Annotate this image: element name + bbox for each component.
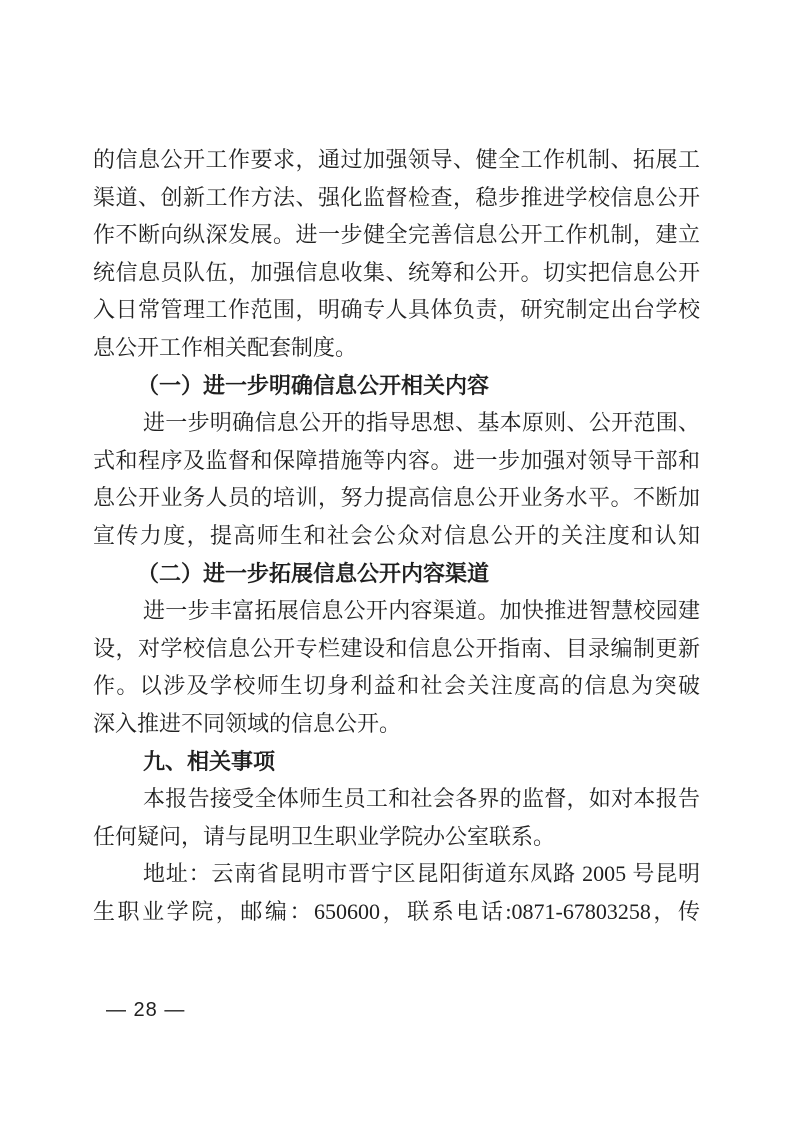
text-line: 作不断向纵深发展。进一步健全完善信息公开工作机制，建立系 <box>93 216 700 254</box>
text-line: 深入推进不同领域的信息公开。 <box>93 705 700 743</box>
text-line: 息公开业务人员的培训，努力提高信息公开业务水平。不断加大 <box>93 479 700 517</box>
text-line: 生职业学院，邮编：650600，联系电话:0871-67803258，传真： <box>93 893 700 931</box>
page-number: — 28 — <box>106 996 185 1024</box>
text-line: 宣传力度，提高师生和社会公众对信息公开的关注度和认知度。 <box>93 517 700 555</box>
text-line: 息公开工作相关配套制度。 <box>93 329 700 367</box>
text-line: 渠道、创新工作方法、强化监督检查，稳步推进学校信息公开工 <box>93 179 700 217</box>
text-line: 本报告接受全体师生员工和社会各界的监督，如对本报告有 <box>93 780 700 818</box>
text-line: 作。以涉及学校师生切身利益和社会关注度高的信息为突破口， <box>93 667 700 705</box>
document-body: 的信息公开工作要求，通过加强领导、健全工作机制、拓展工作渠道、创新工作方法、强化… <box>93 141 700 930</box>
text-line: 地址：云南省昆明市晋宁区昆阳街道东凤路 2005 号昆明卫 <box>93 855 700 893</box>
text-line: 进一步明确信息公开的指导思想、基本原则、公开范围、方 <box>93 404 700 442</box>
document-page: 的信息公开工作要求，通过加强领导、健全工作机制、拓展工作渠道、创新工作方法、强化… <box>0 0 800 1131</box>
subsection-heading: （一）进一步明确信息公开相关内容 <box>93 367 700 405</box>
subsection-heading: （二）进一步拓展信息公开内容渠道 <box>93 555 700 593</box>
text-line: 统信息员队伍，加强信息收集、统筹和公开。切实把信息公开纳 <box>93 254 700 292</box>
text-line: 设，对学校信息公开专栏建设和信息公开指南、目录编制更新工 <box>93 630 700 668</box>
text-line: 任何疑问，请与昆明卫生职业学院办公室联系。 <box>93 818 700 856</box>
text-line: 式和程序及监督和保障措施等内容。进一步加强对领导干部和信 <box>93 442 700 480</box>
text-line: 进一步丰富拓展信息公开内容渠道。加快推进智慧校园建 <box>93 592 700 630</box>
section-heading: 九、相关事项 <box>93 743 700 781</box>
text-line: 入日常管理工作范围，明确专人具体负责，研究制定出台学校信 <box>93 291 700 329</box>
text-line: 的信息公开工作要求，通过加强领导、健全工作机制、拓展工作 <box>93 141 700 179</box>
